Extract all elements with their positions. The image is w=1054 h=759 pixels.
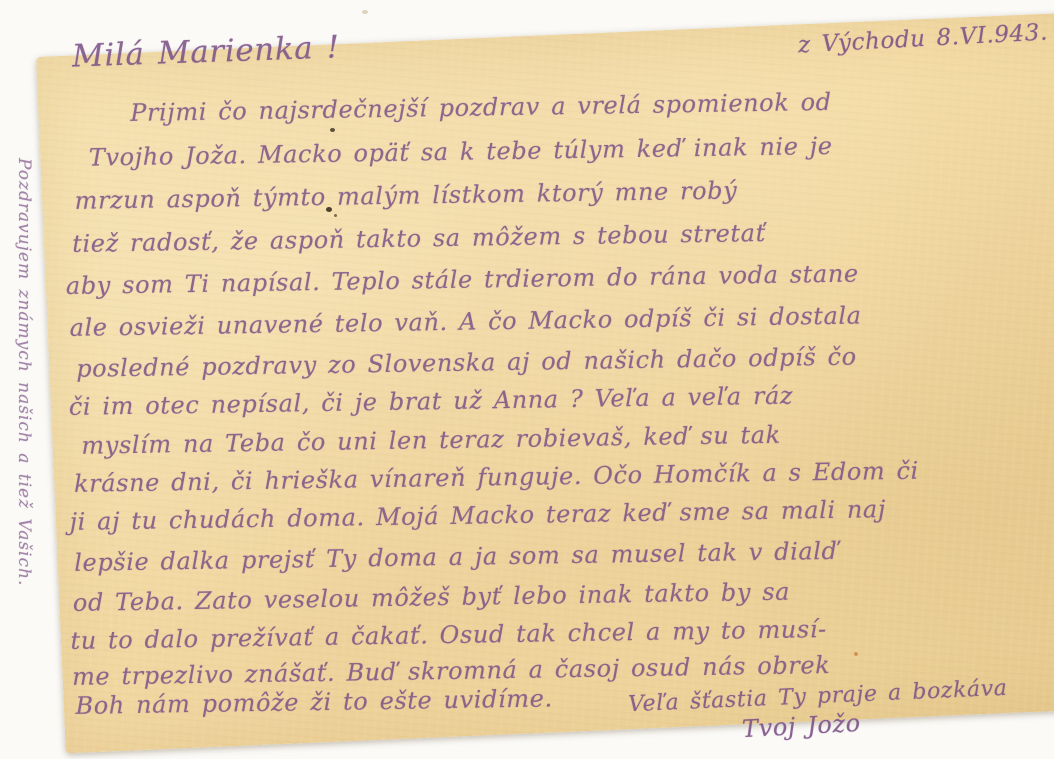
ink-speck — [326, 207, 332, 212]
ink-speck — [330, 128, 335, 132]
paper-flaw — [362, 10, 368, 14]
letter-body: Prijmi čo najsrdečnejší pozdrav a vrelá … — [62, 85, 1032, 732]
paper-stain — [854, 652, 858, 656]
margin-note: Pozdravujem známych našich a tiež Vašich… — [14, 158, 34, 743]
date-line: z Východu 8.VI.943. — [797, 19, 1048, 58]
scanned-postcard-page: { "document": { "kind": "handwritten pos… — [0, 0, 1054, 759]
ink-speck — [334, 214, 337, 217]
greeting: Milá Marienka ! — [71, 29, 340, 74]
signature: Tvoj Jožo — [741, 709, 861, 743]
handwriting-layer: z Východu 8.VI.943. Milá Marienka ! Prij… — [0, 0, 1054, 759]
